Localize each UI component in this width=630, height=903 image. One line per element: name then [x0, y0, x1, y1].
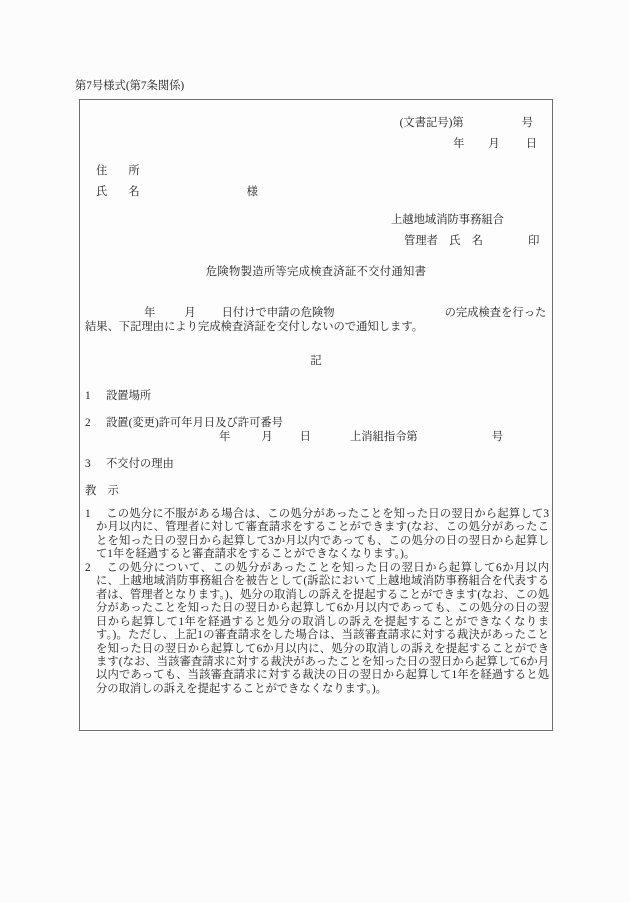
form-border-box: (文書記号)第号 年月日 住所 氏名様 上越地域消防事務組合 管理者 氏 名印 …: [79, 99, 553, 731]
document-title: 危険物製造所等完成検査済証不交付通知書: [80, 265, 552, 279]
addressee-honorific: 様: [247, 186, 258, 198]
body-paragraph-line2: 結果、下記理由により完成検査済証を交付しないので通知します。: [85, 320, 423, 334]
form-number-label: 第7号様式(第7条関係): [75, 77, 184, 93]
permit-year-label: 年: [219, 431, 230, 443]
name-label-right: 名: [128, 186, 139, 198]
body-application-text: 日付けで申請の危険物: [222, 307, 335, 319]
body-paragraph-line1: 年月日付けで申請の危険物の完成検査を行った: [85, 306, 546, 320]
permit-number-suffix: 号: [492, 431, 503, 443]
permit-day-label: 日: [300, 431, 311, 443]
document-page: 第7号様式(第7条関係) (文書記号)第号 年月日 住所 氏名様 上越地域消防事…: [0, 0, 630, 903]
issuer-manager-line: 管理者 氏 名印: [404, 234, 539, 248]
item-1-installation-site: 1設置場所: [85, 389, 151, 403]
addressee-address-line: 住所: [96, 164, 140, 178]
item-label: 設置場所: [106, 390, 151, 402]
addressee-name-line: 氏名様: [96, 185, 258, 199]
doc-number-prefix-label: (文書記号)第: [400, 117, 464, 129]
notice-item-number: 2: [85, 562, 106, 575]
permit-month-label: 月: [261, 431, 272, 443]
item-number: 3: [85, 457, 106, 471]
body-inspection-text: の完成検査を行った: [445, 307, 547, 319]
notice-item-number: 1: [85, 508, 106, 521]
address-label-left: 住: [96, 165, 107, 177]
item-label: 設置(変更)許可年月日及び許可番号: [106, 417, 283, 429]
permit-directive-prefix: 上消組指令第: [350, 431, 418, 443]
body-month-label: 月: [184, 307, 195, 319]
address-label-right: 所: [128, 165, 139, 177]
name-label-left: 氏: [96, 186, 107, 198]
manager-name-label: 管理者 氏 名: [404, 235, 483, 247]
permit-number-line: 年月日上消組指令第号: [85, 430, 503, 444]
seal-label: 印: [528, 235, 539, 247]
notice-item-text: この処分に不服がある場合は、この処分があったことを知った日の翌日から起算して3か…: [96, 508, 549, 560]
day-label: 日: [526, 138, 537, 150]
body-year-label: 年: [144, 307, 155, 319]
doc-number-suffix-label: 号: [522, 117, 533, 129]
notice-item-1: 1この処分に不服がある場合は、この処分があったことを知った日の翌日から起算して3…: [85, 508, 549, 562]
ki-heading: 記: [80, 354, 552, 368]
notice-item-text: この処分について、この処分があったことを知った日の翌日から起算して6か月以内に、…: [96, 562, 549, 695]
item-label: 不交付の理由: [106, 458, 174, 470]
issuer-organization: 上越地域消防事務組合: [391, 213, 504, 227]
item-2-permit-date-number: 2設置(変更)許可年月日及び許可番号: [85, 416, 283, 430]
appeal-notice-block: 1この処分に不服がある場合は、この処分があったことを知った日の翌日から起算して3…: [85, 508, 549, 696]
month-label: 月: [488, 138, 499, 150]
date-line: 年月日: [453, 137, 537, 151]
document-number-line: (文書記号)第号: [400, 116, 533, 130]
item-number: 1: [85, 389, 106, 403]
item-3-reason: 3不交付の理由: [85, 457, 174, 471]
notice-item-2: 2この処分について、この処分があったことを知った日の翌日から起算して6か月以内に…: [85, 562, 549, 697]
item-number: 2: [85, 416, 106, 430]
year-label: 年: [453, 138, 464, 150]
kyoji-heading: 教 示: [85, 484, 119, 498]
